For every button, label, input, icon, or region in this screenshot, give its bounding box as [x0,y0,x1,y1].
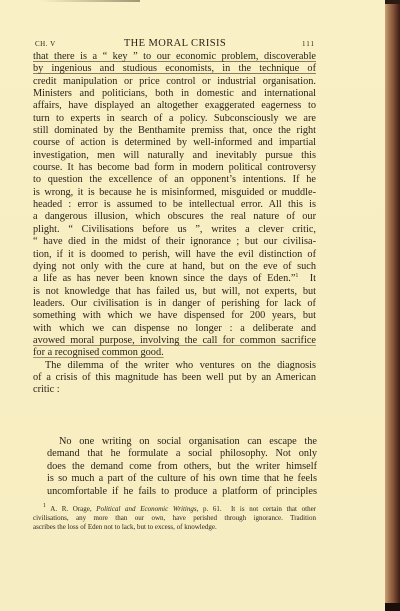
text-line: with which we can dispense no longer : a… [33,323,316,335]
underlined-text: for a recognised common good. [33,347,164,358]
running-title: THE MORAL CRISIS [35,38,315,49]
text-line: leaders. Our civilisation is in danger o… [33,298,316,310]
text-line: still dominated by the Benthamite premis… [33,125,316,137]
text-line: headed : error is assumed to be intellec… [33,199,316,211]
text-line: avowed moral purpose, involving the call… [33,335,316,347]
footnote-text: It is not certain that other [231,505,316,513]
book-spine-edge [385,2,400,611]
page-number: 111 [302,40,315,48]
book-page: CH. V THE MORAL CRISIS 111 that there is… [0,0,385,611]
quote-line: No one writing on social organisation ca… [47,436,317,448]
footnote-line: civilisations, any more than our own, ha… [33,514,316,523]
footnote-page-ref: , p. 61. [197,505,222,513]
text-line: plight. “ Civilisations before us ”, wri… [33,224,316,236]
text-line: is not knowledge that has failed us, but… [33,286,316,298]
footnote-reference[interactable]: 1 [295,273,298,279]
footnote-line: 1 A. R. Orage, Political and Economic Wr… [33,505,316,514]
text-line: of a crisis of this magnitude has been w… [33,372,316,384]
main-text: that there is a “ key ” to our economic … [33,51,316,397]
block-quote: No one writing on social organisation ca… [47,436,317,498]
running-header: CH. V THE MORAL CRISIS 111 [35,38,315,52]
quote-line: does the demand come from others, but th… [47,461,317,473]
text-line: turn to experts in search of a policy. S… [33,113,316,125]
text-line: investigation, men will naturally and in… [33,150,316,162]
footnote-marker: 1 [43,503,46,509]
text-line: dying not only with the cure at hand, bu… [33,261,316,273]
footnote-line: ascribes the loss of Eden not to lack, b… [33,523,316,532]
spine-top-shadow [385,0,400,4]
underlined-text: that there is a “ key ” to our economic … [33,51,316,62]
text-line: a dangerous illusion, which obscures the… [33,211,316,223]
text-line: something with which we have dispensed f… [33,310,316,322]
underlined-text: avowed moral purpose, involving the call… [33,335,316,346]
quote-line: is so much a part of the culture of his … [47,473,317,485]
text-line: is wrong, it is because he is misinforme… [33,187,316,199]
footnote-author: A. R. Orage, [50,505,91,513]
text-line: critic : [33,384,316,396]
quote-end-text: a life as has never been known since the… [33,273,295,284]
text-line: affairs, have displayed an altogether ex… [33,100,316,112]
text-line: “ have died in the midst of their ignora… [33,236,316,248]
text-line: a life as has never been known since the… [33,273,316,285]
underlined-text: by ingenious and studious economists, in… [33,63,316,74]
spine-bottom-shadow [385,603,400,611]
text-line: credit manipulation or price control or … [33,76,316,88]
text-line: for a recognised common good. [33,347,316,359]
text-line: to question the excellence of an opponen… [33,174,316,186]
text-line: course. It has become bad form in modern… [33,162,316,174]
top-edge-shadow [40,0,140,2]
paragraph-2: The dilemma of the writer who ventures o… [33,360,316,397]
quote-line: demand that he formulate a social philos… [47,448,317,460]
footnote: 1 A. R. Orage, Political and Economic Wr… [33,505,316,533]
text-line: Ministers and politicians, both in domes… [33,88,316,100]
quote-line: uncomfortable if he fails to produce a p… [47,486,317,498]
text-line: that there is a “ key ” to our economic … [33,51,316,63]
text-line: course of action is determined by well-i… [33,137,316,149]
paragraph-1: that there is a “ key ” to our economic … [33,51,316,360]
text-fragment: It [310,273,316,284]
text-line: The dilemma of the writer who ventures o… [33,360,316,372]
text-line: by ingenious and studious economists, in… [33,63,316,75]
text-line: tion, if it is doomed to perish, will ha… [33,249,316,261]
footnote-work-title: Political and Economic Writings [96,505,196,513]
